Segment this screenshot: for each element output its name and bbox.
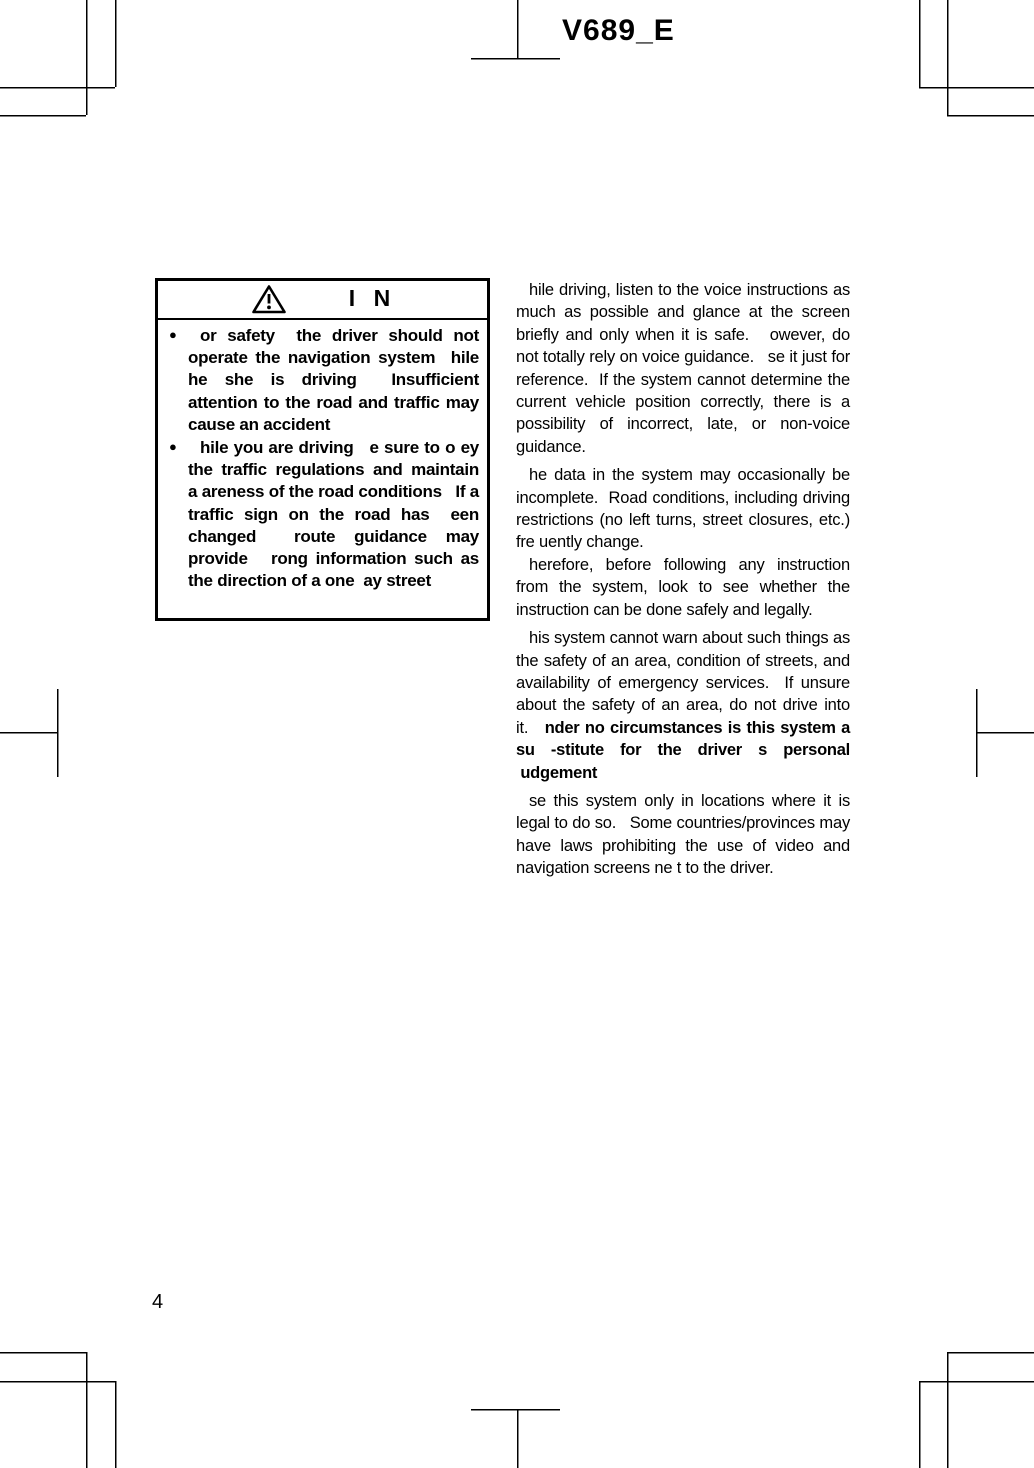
- paragraph-text: se this system only in locations where i…: [516, 792, 850, 877]
- paragraph: herefore, before following any instructi…: [516, 554, 850, 621]
- warning-box-title: I N: [349, 285, 394, 312]
- warning-list-item: ● hile you are driving e sure to o ey th…: [168, 437, 479, 592]
- bullet-icon: ●: [169, 324, 177, 346]
- warning-list-item: ● or safety the driver should not operat…: [168, 325, 479, 436]
- paragraph-text: hile driving, listen to the voice instru…: [516, 281, 850, 456]
- warning-box: I N ● or safety the driver should not op…: [155, 278, 490, 621]
- body-column: hile driving, listen to the voice instru…: [516, 279, 850, 880]
- page-number: 4: [152, 1291, 163, 1314]
- paragraph: hile driving, listen to the voice instru…: [516, 279, 850, 458]
- manual-page: { "page": { "header_title": "V689_E", "p…: [0, 0, 1034, 1468]
- warning-box-header: I N: [158, 281, 487, 320]
- paragraph: his system cannot warn about such things…: [516, 627, 850, 784]
- warning-list: ● or safety the driver should not operat…: [158, 320, 487, 592]
- paragraph: he data in the system may occasionally b…: [516, 464, 850, 554]
- warning-item-text: or safety the driver should not operate …: [188, 326, 479, 434]
- paragraph: se this system only in locations where i…: [516, 790, 850, 880]
- bullet-icon: ●: [169, 436, 177, 458]
- warning-triangle-icon: [251, 284, 287, 315]
- paragraph-bold-text: nder no circumstances is this system a s…: [516, 719, 850, 782]
- paragraph-text: herefore, before following any instructi…: [516, 556, 850, 619]
- page-title: V689_E: [562, 14, 675, 48]
- warning-item-text: hile you are driving e sure to o ey the …: [188, 438, 479, 590]
- paragraph-text: he data in the system may occasionally b…: [516, 466, 850, 551]
